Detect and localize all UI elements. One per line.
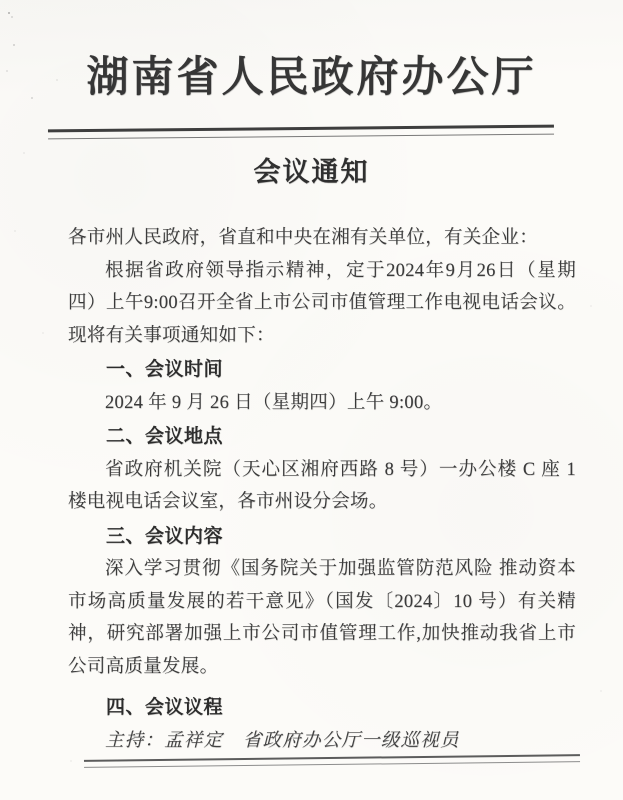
intro-paragraph: 根据省政府领导指示精神，定于2024年9月26日（星期四）上午9:00召开全省上… xyxy=(68,255,576,353)
section-2-heading: 二、会议地点 xyxy=(68,421,576,454)
section-1-content: 2024 年 9 月 26 日（星期四）上午 9:00。 xyxy=(68,387,576,420)
header-divider-line xyxy=(48,125,554,140)
scanned-notice-page: 湖南省人民政府办公厅 会议通知 各市州人民政府，省直和中央在湘有关单位，有关企业… xyxy=(0,0,623,800)
scan-artifact-speckles xyxy=(0,0,2,2)
issuing-org-title: 湖南省人民政府办公厅 xyxy=(0,44,623,104)
section-1-heading: 一、会议时间 xyxy=(68,354,576,387)
section-3-heading: 三、会议内容 xyxy=(68,521,576,554)
section-2-content: 省政府机关院（天心区湘府西路 8 号）一办公楼 C 座 1 楼电视电话会议室，各… xyxy=(68,454,576,519)
notice-body: 各市州人民政府，省直和中央在湘有关单位，有关企业： 根据省政府领导指示精神，定于… xyxy=(68,222,576,757)
section-4-host-line: 主持：孟祥定 省政府办公厅一级巡视员 xyxy=(68,725,576,758)
section-4-heading: 四、会议议程 xyxy=(68,692,576,725)
document-title: 会议通知 xyxy=(0,150,623,189)
section-3-content: 深入学习贯彻《国务院关于加强监管防范风险 推动资本市场高质量发展的若干意见》（国… xyxy=(68,553,576,683)
salutation-line: 各市州人民政府，省直和中央在湘有关单位，有关企业： xyxy=(68,222,576,255)
